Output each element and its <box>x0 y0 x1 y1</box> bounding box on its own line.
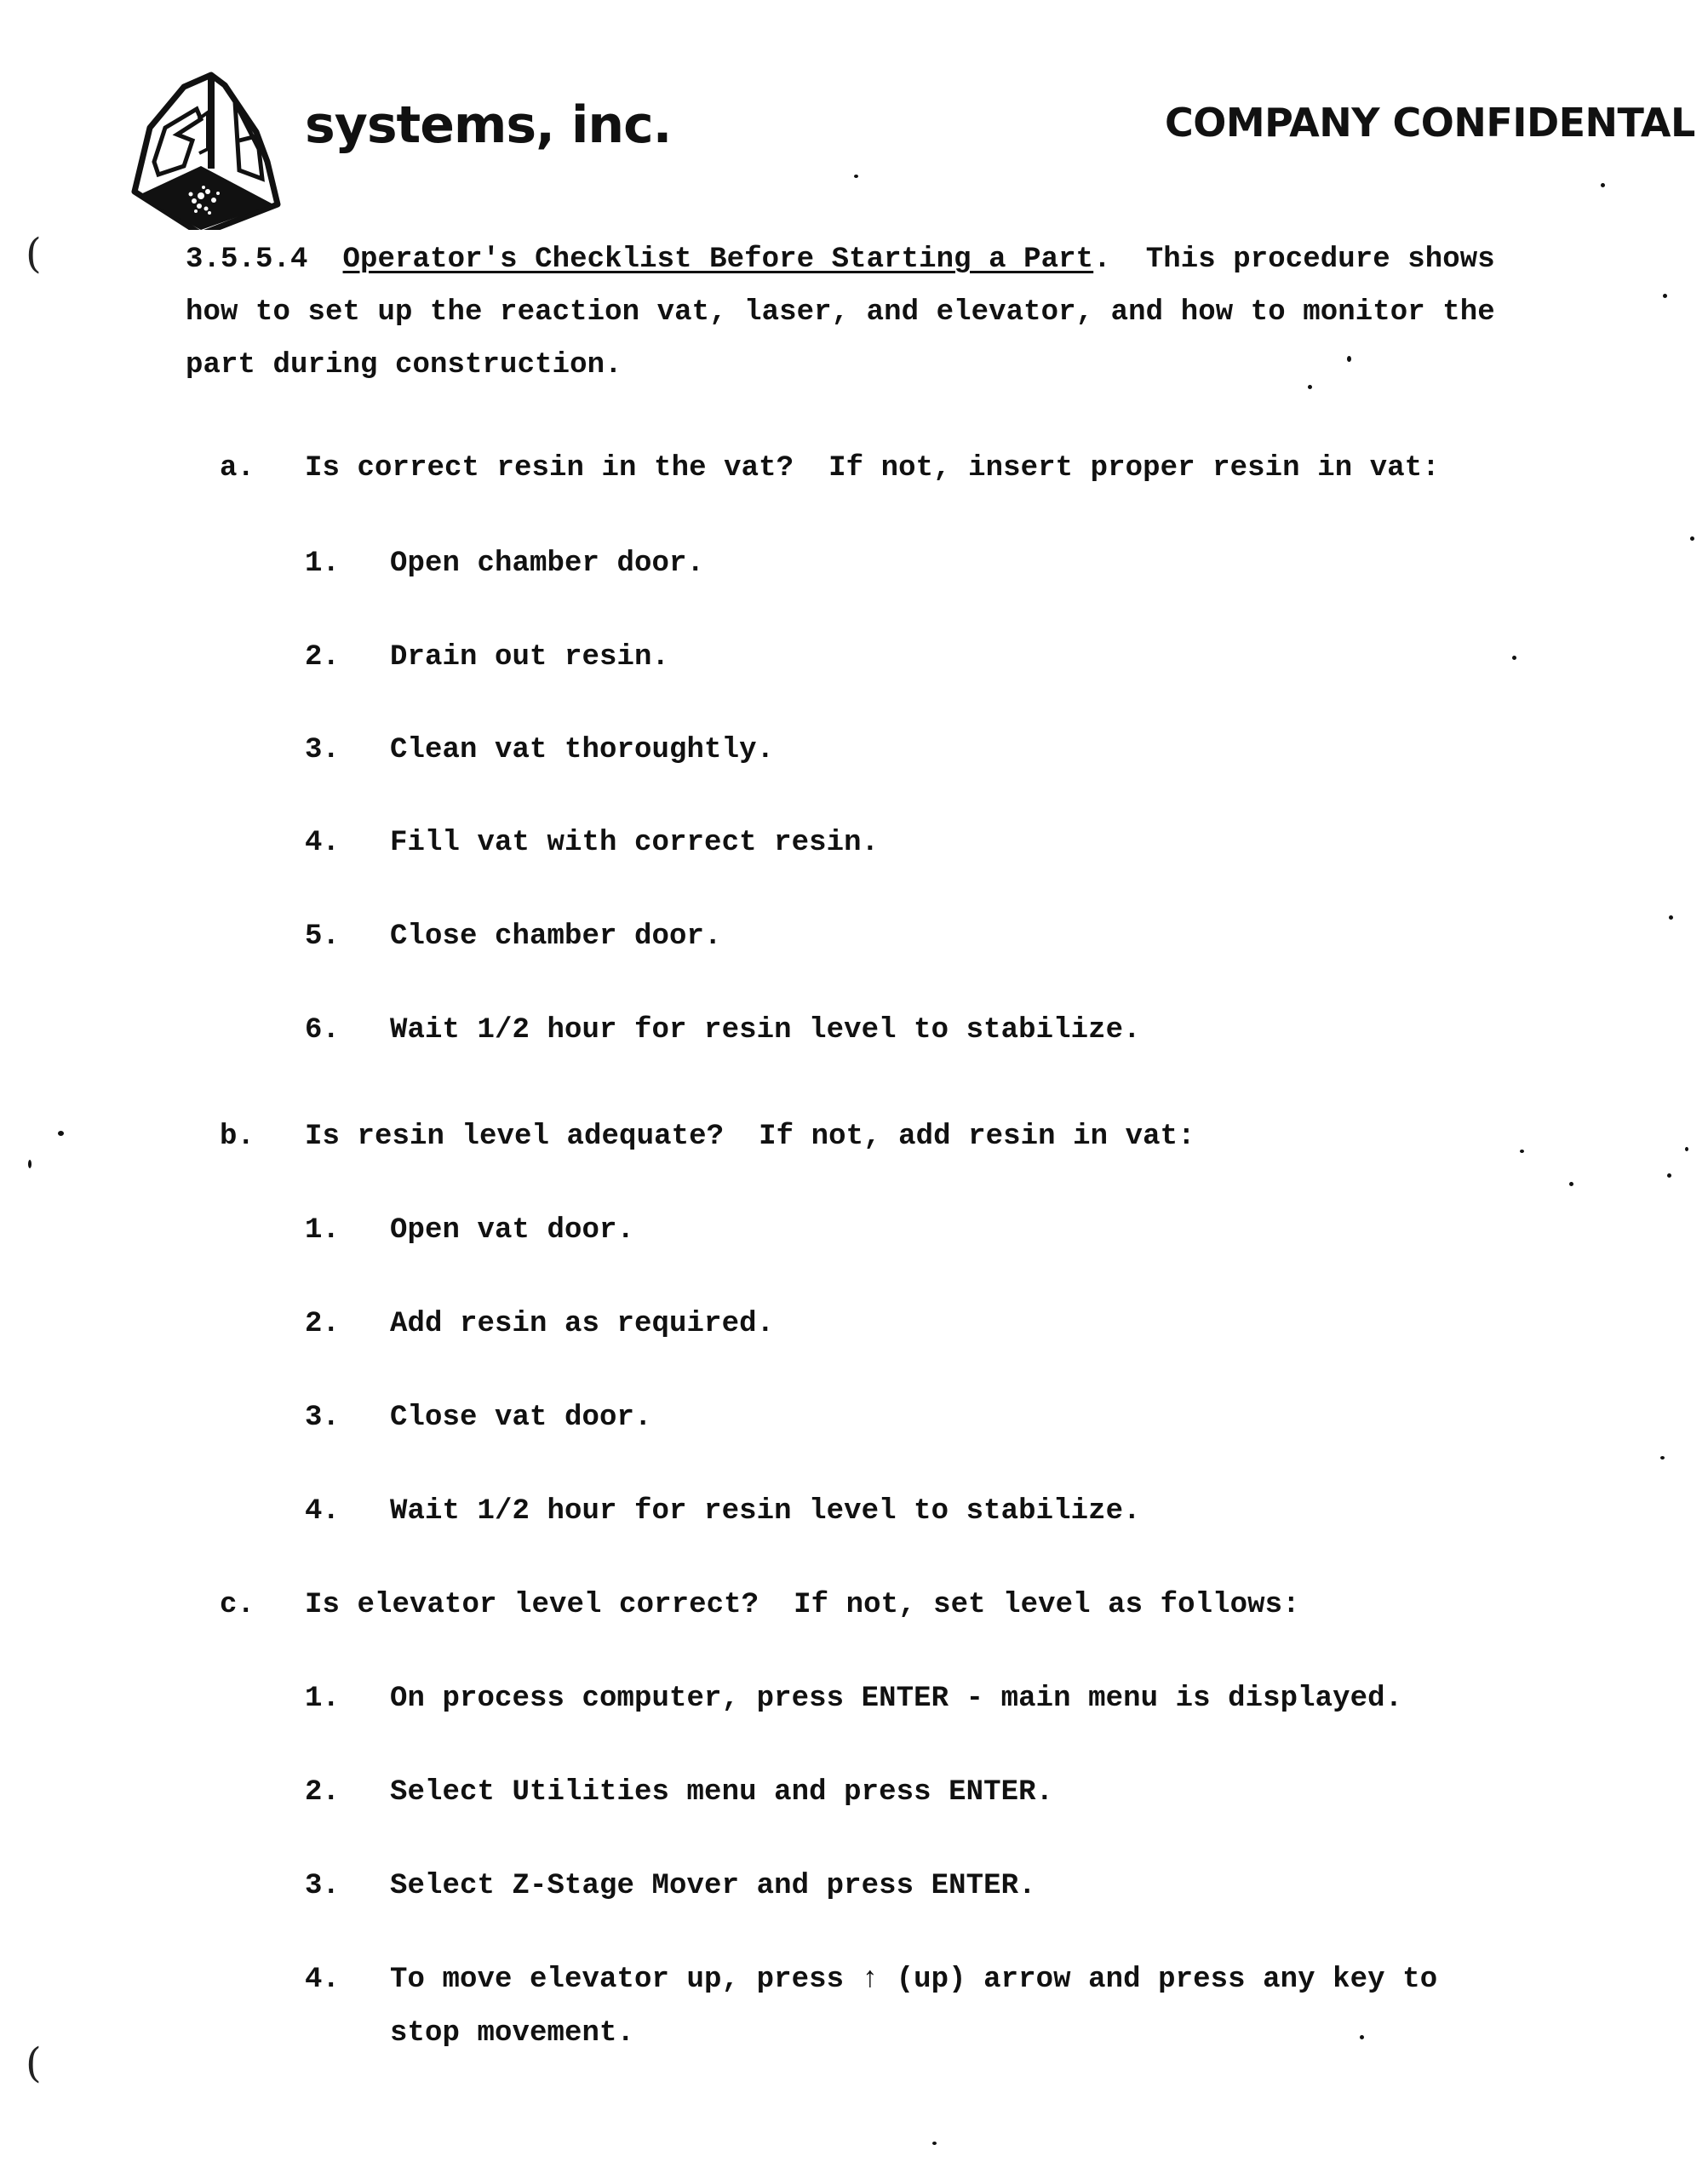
step-text: Open chamber door. <box>390 547 704 581</box>
step-text: Fill vat with correct resin. <box>390 826 879 860</box>
intro-text: . This procedure shows <box>1093 244 1495 276</box>
step-text: Drain out resin. <box>390 640 669 674</box>
scan-speck <box>1569 1182 1573 1186</box>
step-text: Wait 1/2 hour for resin level to stabili… <box>390 1013 1141 1047</box>
scan-speck <box>854 175 858 178</box>
section-intro-line-3: part during construction. <box>186 348 622 382</box>
scan-speck <box>1308 385 1312 389</box>
section-title: Operator's Checklist Before Starting a P… <box>343 244 1094 276</box>
checklist-question: Is correct resin in the vat? If not, ins… <box>305 451 1440 485</box>
step-number: 1. <box>305 1213 340 1247</box>
step-number: 5. <box>305 920 340 954</box>
company-logo-icon <box>109 53 307 215</box>
step-number: 6. <box>305 1013 340 1047</box>
step-number: 1. <box>305 1682 340 1716</box>
scan-speck <box>1601 183 1605 187</box>
scan-speck <box>932 2142 937 2145</box>
section-intro-line-1: 3.5.5.4 Operator's Checklist Before Star… <box>186 243 1495 277</box>
step-text: On process computer, press ENTER - main … <box>390 1682 1402 1716</box>
scan-speck <box>1685 1147 1688 1151</box>
checklist-question: Is resin level adequate? If not, add res… <box>305 1120 1195 1154</box>
scan-speck <box>1669 915 1673 920</box>
margin-mark: ( <box>26 2039 42 2087</box>
scan-speck <box>1347 356 1351 362</box>
checklist-item-label: a. <box>220 451 255 485</box>
scan-speck <box>1360 2035 1364 2039</box>
step-number: 4. <box>305 1963 340 1997</box>
scan-speck <box>28 1160 32 1168</box>
scan-speck <box>1660 1456 1665 1459</box>
step-text: To move elevator up, press ↑ (up) arrow … <box>390 1963 1437 1997</box>
step-text: Select Utilities menu and press ENTER. <box>390 1775 1053 1809</box>
step-number: 3. <box>305 1869 340 1903</box>
step-text: Close chamber door. <box>390 920 722 954</box>
section-intro-line-2: how to set up the reaction vat, laser, a… <box>186 295 1495 330</box>
step-text-continuation: stop movement. <box>390 2016 634 2050</box>
step-text: Close vat door. <box>390 1401 652 1435</box>
step-number: 3. <box>305 733 340 767</box>
step-text: Wait 1/2 hour for resin level to stabili… <box>390 1494 1141 1528</box>
step-number: 1. <box>305 547 340 581</box>
step-number: 4. <box>305 826 340 860</box>
step-number: 2. <box>305 1775 340 1809</box>
company-name: systems, inc. <box>305 95 671 155</box>
scan-speck <box>1663 294 1667 298</box>
checklist-question: Is elevator level correct? If not, set l… <box>305 1588 1300 1622</box>
checklist-item-label: c. <box>220 1588 255 1622</box>
scan-speck <box>1690 536 1694 541</box>
step-text: Open vat door. <box>390 1213 634 1247</box>
scan-speck <box>1667 1173 1671 1178</box>
section-number: 3.5.5.4 <box>186 244 308 276</box>
step-text: Clean vat thoroughtly. <box>390 733 774 767</box>
scan-speck <box>1520 1150 1524 1153</box>
step-text: Select Z-Stage Mover and press ENTER. <box>390 1869 1036 1903</box>
scan-speck <box>1512 656 1516 660</box>
step-number: 2. <box>305 1307 340 1341</box>
margin-mark: ( <box>26 230 42 278</box>
step-text: Add resin as required. <box>390 1307 774 1341</box>
step-number: 3. <box>305 1401 340 1435</box>
confidential-label: COMPANY CONFIDENTAL <box>1165 100 1695 146</box>
step-number: 2. <box>305 640 340 674</box>
step-number: 4. <box>305 1494 340 1528</box>
checklist-item-label: b. <box>220 1120 255 1154</box>
scan-speck <box>58 1131 64 1136</box>
